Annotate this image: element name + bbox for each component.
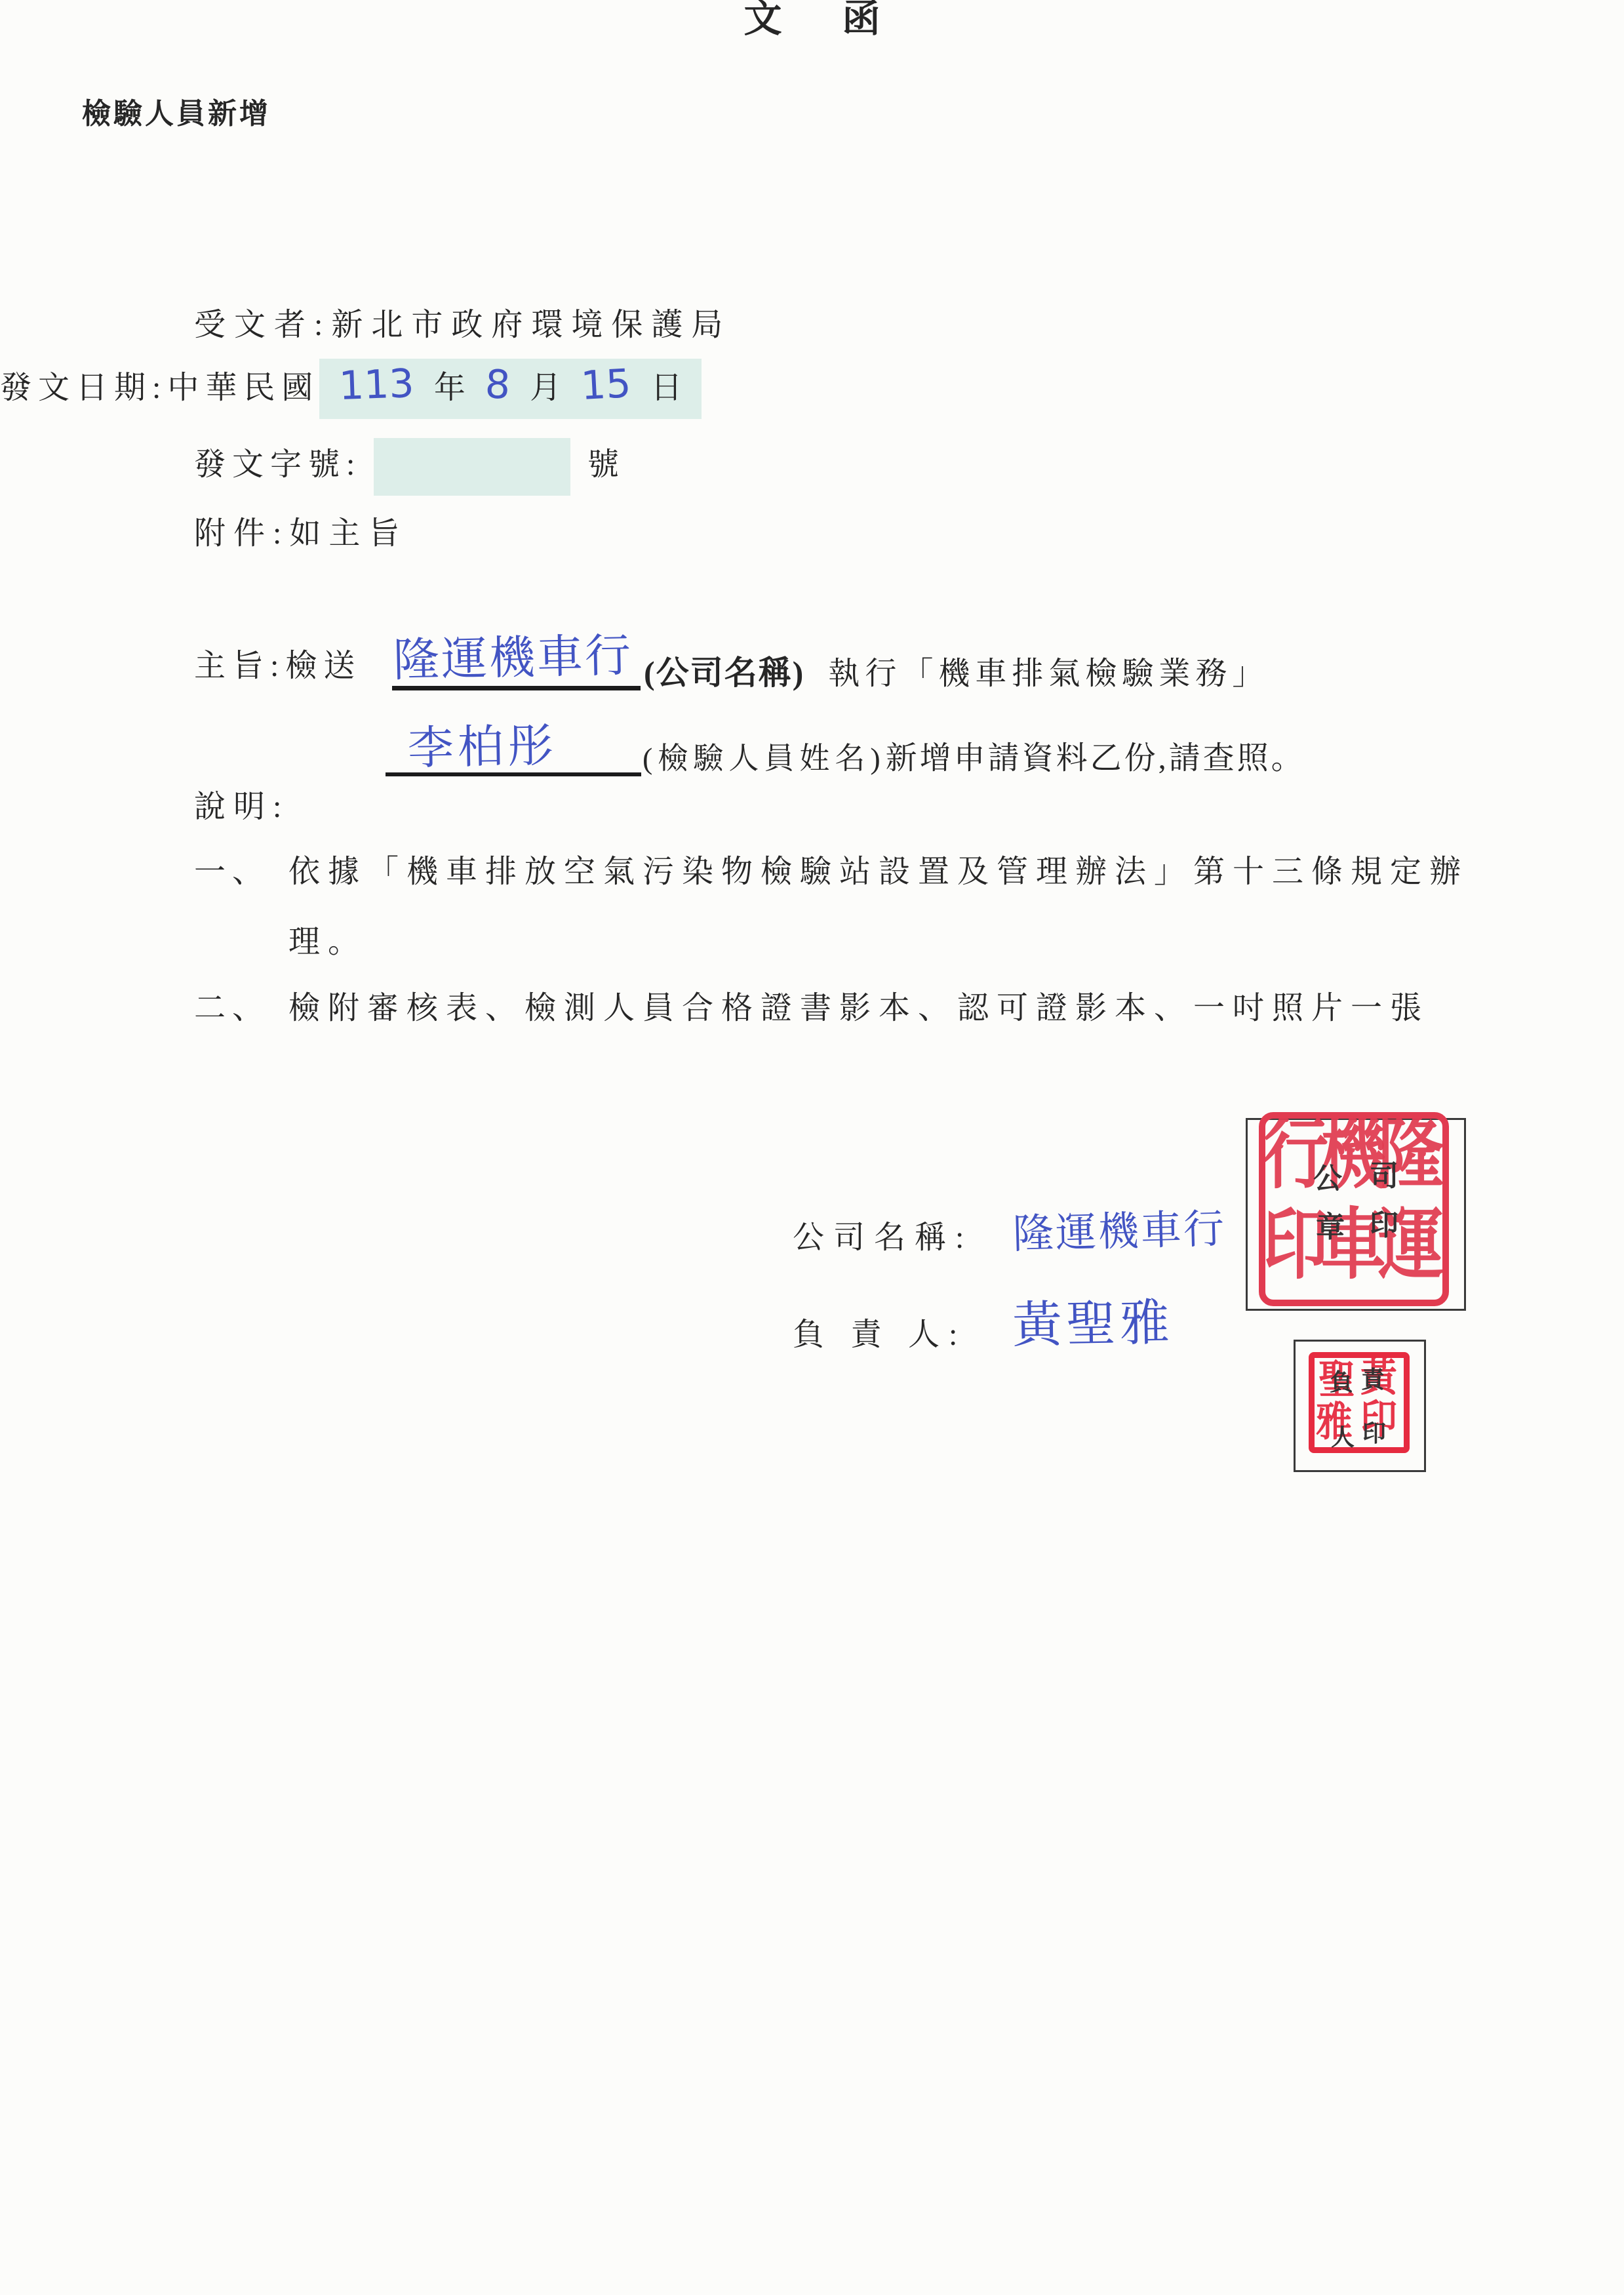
item-number: 一、	[194, 837, 288, 907]
date-year-handwritten: 113	[338, 364, 415, 406]
recipient-label: 受文者:	[194, 308, 331, 342]
company-seal-box-label-char: 印	[1370, 1211, 1398, 1240]
doc-type-tag: 檢驗人員新增	[82, 100, 271, 129]
scanned-letter-page: 檢驗人員新增 文 函 受文者:新北市政府環境保護局 發文日期:中華民國 113 …	[0, 0, 1624, 2295]
person-seal-box-label-char: 印	[1362, 1422, 1386, 1445]
company-name-handwritten: 隆運機車行	[393, 633, 633, 685]
attachment-label: 附件:	[194, 516, 289, 551]
date-year-unit: 年	[434, 371, 465, 406]
doc-number-label: 發文字號:	[194, 448, 361, 483]
explanation-item-1: 一、 依據「機車排放空氣污染物檢驗站設置及管理辦法」第十三條規定辦理。	[194, 837, 1478, 977]
sig-owner-label: 負 責 人:	[793, 1318, 966, 1353]
recipient-line: 受文者:新北市政府環境保護局	[194, 308, 731, 343]
doc-tag-text: 檢驗人員	[82, 98, 208, 130]
issue-date-era: 中華民國	[167, 371, 319, 406]
subject-line1-tail: (公司名稱)執行「機車排氣檢驗業務」	[644, 647, 1269, 694]
subject-lead: 檢送	[285, 649, 361, 683]
person-seal-box-label-char: 人	[1331, 1426, 1355, 1449]
subject-line1-rest: 執行「機車排氣檢驗業務」	[828, 656, 1269, 691]
inspector-name-handwritten: 李柏彤	[407, 724, 557, 772]
subject-label: 主旨:	[194, 649, 285, 683]
doc-number-field	[374, 438, 570, 496]
date-month-unit: 月	[530, 371, 561, 406]
subject-line2-rest: 新增申請資料乙份,請查照。	[886, 741, 1305, 776]
sig-owner-handwritten: 黃聖雅	[1012, 1298, 1174, 1351]
date-month-handwritten: 8	[484, 365, 511, 405]
company-seal-box-label-char: 司	[1370, 1162, 1398, 1191]
item-text: 檢附審核表、檢測人員合格證書影本、認可證影本、一吋照片一張	[288, 973, 1478, 1043]
date-day-unit: 日	[650, 371, 682, 406]
item-number: 二、	[194, 973, 288, 1043]
company-red-stamp-icon: 隆 運 機 車 行 印	[1259, 1112, 1449, 1306]
attachment-line: 附件:如主旨	[194, 517, 407, 551]
issue-date-line: 發文日期:中華民國 113 年 8 月 15 日	[0, 359, 702, 419]
company-name-blank-line: 隆運機車行	[392, 619, 641, 690]
person-seal-box-label-char: 責	[1361, 1368, 1385, 1391]
date-field-highlight: 113 年 8 月 15 日	[319, 359, 702, 419]
sig-company-label: 公司名稱:	[793, 1221, 973, 1256]
person-seal-box: 負 責 人 印 聖 黃 雅 印	[1294, 1340, 1426, 1472]
inspector-caption: (檢驗人員姓名)	[643, 742, 886, 775]
explanation-heading: 說明:	[194, 790, 289, 825]
date-day-handwritten: 15	[580, 364, 632, 406]
attachment-value: 如主旨	[289, 516, 407, 551]
title-char: 文	[743, 0, 782, 38]
subject-line2-tail: (檢驗人員姓名)新增申請資料乙份,請查照。	[643, 734, 1305, 778]
company-seal-box: 公 司 章 印 隆 運 機 車 行 印	[1246, 1118, 1466, 1311]
title-char: 函	[842, 0, 881, 38]
doc-number-suffix: 號	[587, 448, 619, 483]
subject-lead-text: 主旨:檢送	[194, 649, 361, 684]
person-red-stamp-icon: 聖 黃 雅 印	[1309, 1352, 1410, 1453]
explanation-item-2: 二、 檢附審核表、檢測人員合格證書影本、認可證影本、一吋照片一張	[194, 973, 1478, 1043]
letter-title: 文 函	[0, 0, 1624, 38]
person-seal-box-label-char: 負	[1330, 1370, 1353, 1394]
company-seal-box-label-char: 公	[1313, 1165, 1342, 1193]
company-caption: (公司名稱)	[644, 654, 804, 691]
issue-date-label: 發文日期:	[0, 371, 167, 406]
item-text: 依據「機車排放空氣污染物檢驗站設置及管理辦法」第十三條規定辦理。	[288, 837, 1478, 977]
recipient-value: 新北市政府環境保護局	[331, 308, 731, 342]
inspector-name-blank-line: 李柏彤	[386, 707, 641, 776]
doc-tag-bold-text: 新增	[208, 98, 271, 130]
company-seal-box-label-char: 章	[1316, 1213, 1345, 1242]
sig-company-handwritten: 隆運機車行	[1012, 1209, 1227, 1255]
